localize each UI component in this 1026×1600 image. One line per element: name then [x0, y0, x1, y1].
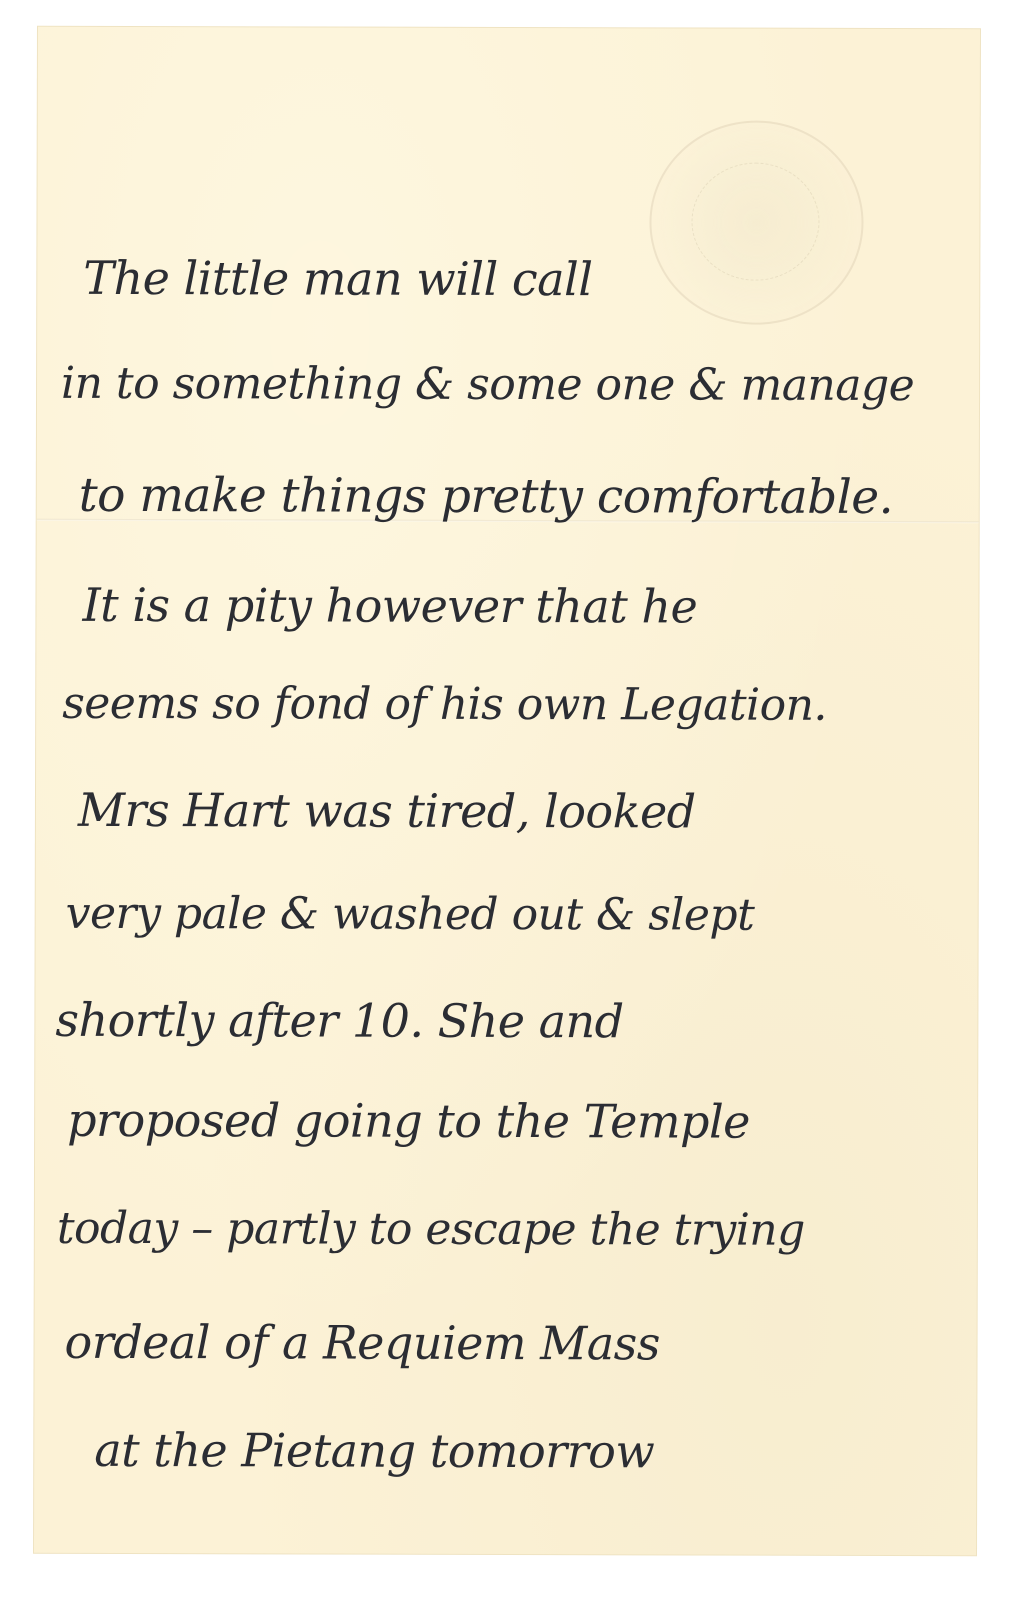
handwritten-line-2: in to something & some one & manage: [61, 362, 914, 408]
handwritten-line-12: at the Pietang tomorrow: [94, 1427, 654, 1474]
handwritten-line-11: ordeal of a Requiem Mass: [64, 1319, 659, 1367]
handwritten-line-4: It is a pity however that he: [82, 582, 697, 630]
handwritten-line-8: shortly after 10. She and: [55, 997, 623, 1044]
handwritten-line-5: seems so fond of his own Legation.: [62, 682, 827, 728]
handwritten-line-7: very pale & washed out & slept: [66, 892, 755, 938]
handwritten-line-9: proposed going to the Temple: [67, 1097, 750, 1145]
handwritten-line-6: Mrs Hart was tired, looked: [78, 787, 696, 835]
embossed-seal-icon: [649, 120, 864, 325]
handwritten-line-1: The little man will call: [83, 255, 592, 302]
embossed-seal-inner-ring: [691, 162, 819, 280]
letter-page: The little man will call in to something…: [34, 27, 980, 1555]
handwritten-line-3: to make things pretty comfortable.: [79, 472, 893, 521]
handwritten-line-10: today – partly to escape the trying: [57, 1207, 805, 1253]
